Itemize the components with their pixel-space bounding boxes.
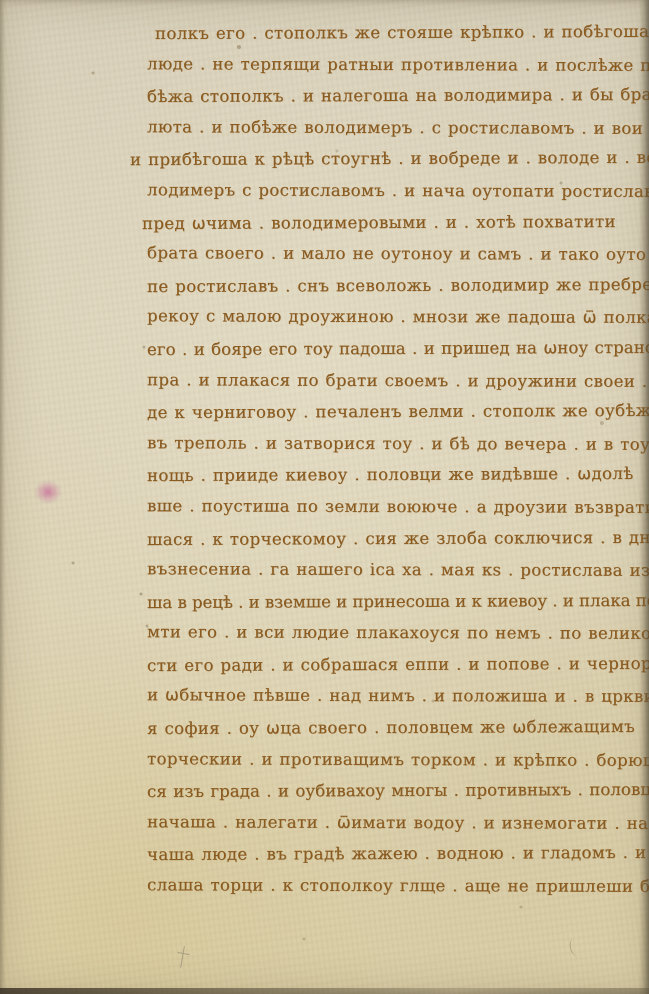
manuscript-line: слаша торци . к стополкоу глще . аще не … (147, 869, 625, 902)
page-edge-right (639, 0, 649, 994)
manuscript-line: сти его ради . и собрашася еппи . и попо… (147, 648, 625, 682)
manuscript-line: и прибѣгоша к рѣцѣ стоугнѣ . и вобреде и… (130, 142, 625, 176)
manuscript-line: де к черниговоу . печаленъ велми . стопо… (147, 395, 625, 429)
manuscript-line: полкъ его . стополкъ же стояше крѣпко . … (147, 16, 625, 50)
manuscript-line: рекоу с малою дроужиною . мнози же падош… (147, 301, 625, 334)
manuscript-line: я софия . оу ѡца своего . половцем же ѡб… (147, 711, 625, 745)
manuscript-line: лодимеръ с ростиславомъ . и нача оутопат… (147, 174, 625, 207)
manuscript-line: чаша люде . въ градѣ жажею . водною . и … (147, 837, 625, 871)
manuscript-line: въ треполь . и затворися тоу . и бѣ до в… (147, 427, 625, 460)
manuscript-line: мти его . и вси людие плакахоуся по немъ… (147, 617, 625, 650)
pink-ink-stain (34, 480, 62, 504)
manuscript-line: люде . не терпящи ратныи противлениа . и… (147, 48, 625, 81)
manuscript-line: шася . к торческомоу . сия же злоба сокл… (147, 521, 625, 555)
manuscript-line: нощь . прииде киевоу . половци же видѣвш… (147, 458, 625, 492)
manuscript-line: пе ростиславъ . снъ всеволожь . володими… (147, 269, 625, 303)
page-edge-left (0, 0, 5, 994)
manuscript-line: и ѡбычное пѣвше . над нимъ . и положиша … (147, 680, 625, 713)
manuscript-page: полкъ его . стополкъ же стояше крѣпко . … (0, 0, 649, 994)
manuscript-line: възнесениа . га нашего іса ха . мая кѕ .… (147, 553, 625, 586)
scratch-mark (174, 945, 192, 969)
manuscript-line: вше . поустиша по земли воююче . а дроуз… (147, 490, 625, 523)
manuscript-line: пра . и плакася по брати своемъ . и дроу… (147, 364, 625, 397)
manuscript-line: ся изъ града . и оубивахоу многы . проти… (147, 774, 625, 808)
page-curl-mark (568, 937, 583, 957)
page-edge-bottom (0, 988, 649, 994)
manuscript-text-block: полкъ его . стополкъ же стояше крѣпко . … (147, 17, 625, 902)
manuscript-line: его . и бояре его тоу падоша . и пришед … (147, 332, 625, 366)
manuscript-line: ша в рецѣ . и вземше и принесоша и к кие… (147, 585, 625, 619)
manuscript-line: бѣжа стополкъ . и налегоша на володимира… (147, 79, 625, 113)
manuscript-line: люта . и побѣже володимеръ . с ростислав… (147, 111, 625, 144)
manuscript-line: брата своего . и мало не оутоноу и самъ … (147, 237, 625, 270)
manuscript-line: торческии . и противащимъ торком . и крѣ… (147, 743, 625, 776)
manuscript-line: начаша . налегати . ѿимати водоу . и изн… (147, 806, 625, 839)
manuscript-line: пред ѡчима . володимеровыми . и . хотѣ п… (142, 206, 625, 240)
